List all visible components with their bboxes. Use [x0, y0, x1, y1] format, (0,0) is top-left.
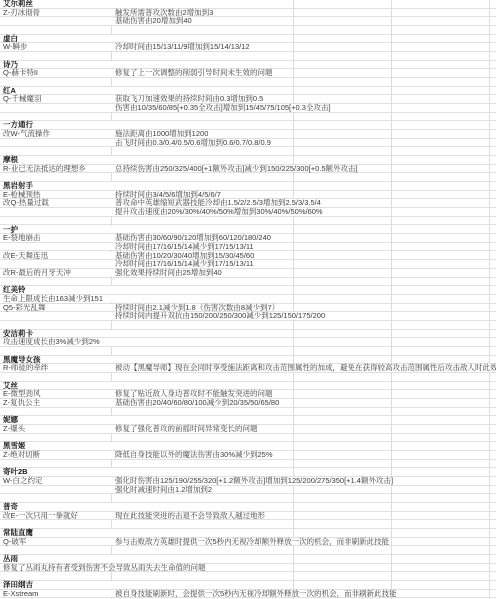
spacer-row — [0, 52, 496, 61]
spacer-row — [0, 147, 496, 156]
change-row: Q-赫卡特II修复了上一次调整的削弱引导时间未生效的问题 — [0, 69, 496, 78]
change-description-cell[interactable]: 修复了上一次调整的削弱引导时间未生效的问题 — [112, 69, 273, 77]
change-row: W-白之约定强化时伤害由125/190/255/320[+1.2额外攻击]增加到… — [0, 477, 496, 486]
hero-name-cell[interactable]: 一护 — [0, 226, 112, 234]
spacer-row — [0, 546, 496, 555]
skill-name-cell[interactable]: 修复了丛雨丸持有者受到伤害不会导致丛雨失去生命值的问题 — [0, 564, 206, 572]
spacer-row — [0, 572, 496, 581]
skill-name-cell[interactable] — [0, 104, 112, 112]
hero-name-cell[interactable]: 寄叶2B — [0, 468, 112, 476]
spacer-row — [0, 408, 496, 417]
change-row: Z-复仇公主基础伤害由20/40/60/80/100减少到20/35/50/65… — [0, 399, 496, 408]
change-description-cell[interactable]: 强化时减速时间由1.2增加到2 — [112, 486, 212, 494]
hero-name-cell[interactable]: 普奇 — [0, 503, 112, 511]
skill-name-cell[interactable] — [0, 17, 112, 25]
change-description-cell[interactable]: 持续时间由2.1减少到1.8（伤害次数由8减少到7） — [112, 304, 279, 312]
change-description-cell[interactable]: 现在此技能突进的击退不会导致敌人越过地形 — [112, 512, 265, 520]
hero-name-cell[interactable]: 黑雪姬 — [0, 442, 112, 450]
patch-notes-rows: 艾尔莉丝Z-刃冰彻骨触发所需普攻次数由2增加到3基础伤害由20增加到40虚白W-… — [0, 0, 496, 598]
hero-name-cell[interactable]: 泽田纲吉 — [0, 581, 112, 589]
spacer-row — [0, 173, 496, 182]
change-description-cell[interactable]: 击飞时间由0.3/0.4/0.5/0.6增加到0.6/0.7/0.8/0.9 — [112, 139, 271, 147]
change-description-cell[interactable]: 强化时伤害由125/190/255/320[+1.2额外攻击]增加到125/20… — [112, 477, 393, 485]
change-description-cell[interactable]: 基础伤害由20/40/60/80/100减少到20/35/50/65/80 — [112, 399, 279, 407]
skill-name-cell[interactable]: Z-绝对切断 — [0, 451, 112, 459]
spacer-row — [0, 494, 496, 503]
skill-name-cell[interactable]: Q5-彩光乱舞 — [0, 304, 112, 312]
hero-name-cell[interactable]: 黑岩射手 — [0, 182, 112, 190]
change-description-cell[interactable]: 参与击败敌方英雄时提供一次5秒内无视冷却额外释放一次的机会，而非刷新此技能 — [112, 538, 389, 546]
change-row: 冷却时间由17/16/15/14减少到17/15/13/11 — [0, 260, 496, 269]
hero-name-cell[interactable]: 摩根 — [0, 156, 112, 164]
skill-name-cell[interactable] — [0, 312, 112, 320]
skill-name-cell[interactable]: 改E-一次只用一拳就好 — [0, 512, 112, 520]
change-description-cell[interactable]: 伤害由10/35/60/85[+0.35全攻击]增加到15/45/75/105[… — [112, 104, 331, 112]
skill-name-cell[interactable]: 生命上限成长由163减少到151 — [0, 295, 112, 303]
change-description-cell[interactable]: 修复了强化普攻的前摇时间异常变长的问题 — [112, 425, 258, 433]
skill-name-cell[interactable]: Z-爆头 — [0, 425, 112, 433]
change-description-cell[interactable]: 降低自身技能以外的魔法伤害由30%减少到25% — [112, 451, 273, 459]
skill-name-cell[interactable]: 改E-天舞连迅 — [0, 252, 112, 260]
skill-name-cell[interactable]: 攻击速度成长由3%减少到2% — [0, 338, 112, 346]
change-row: R-师徒的牵绊被动【黑魔导师】现在会同时享受施法距离和攻击范围属性的加成，避免在… — [0, 364, 496, 373]
change-description-cell[interactable]: 总持续伤害由250/325/400[+1额外攻击]减少到150/225/300[… — [112, 165, 358, 173]
change-description-cell[interactable]: 冷却时间由15/13/11/9增加到15/14/13/12 — [112, 43, 250, 51]
change-row: E-Xstream被自身技能刷新时，会提供一次5秒内无视冷却额外释放一次的机会，… — [0, 590, 496, 599]
spacer-row — [0, 460, 496, 469]
change-row: 攻击速度成长由3%减少到2% — [0, 338, 496, 347]
skill-name-cell[interactable] — [0, 139, 112, 147]
skill-name-cell[interactable]: W-瞬步 — [0, 43, 112, 51]
change-row: Z-绝对切断降低自身技能以外的魔法伤害由30%减少到25% — [0, 451, 496, 460]
change-description-cell[interactable]: 基础伤害由20增加到40 — [112, 17, 192, 25]
spacer-row — [0, 434, 496, 443]
change-description-cell[interactable]: 强化效果持续时间由25增加到40 — [112, 269, 222, 277]
hero-name-cell[interactable]: 常陆直鹰 — [0, 529, 112, 537]
skill-name-cell[interactable]: E-Xstream — [0, 590, 112, 598]
skill-name-cell[interactable]: R-师徒的牵绊 — [0, 364, 112, 372]
skill-name-cell[interactable]: W-白之约定 — [0, 477, 112, 485]
change-row: 修复了丛雨丸持有者受到伤害不会导致丛雨失去生命值的问题 — [0, 564, 496, 573]
skill-name-cell[interactable] — [0, 486, 112, 494]
change-row: 基础伤害由20增加到40 — [0, 17, 496, 26]
change-description-cell[interactable]: 施法距离由1000增加到1200 — [112, 130, 208, 138]
change-row: 击飞时间由0.3/0.4/0.5/0.6增加到0.6/0.7/0.8/0.9 — [0, 139, 496, 148]
skill-name-cell[interactable] — [0, 208, 112, 216]
skill-name-cell[interactable]: 改Q-热量过载 — [0, 199, 112, 207]
skill-name-cell[interactable]: 改W-气流操作 — [0, 130, 112, 138]
spacer-row — [0, 321, 496, 330]
change-description-cell[interactable]: 获取飞刀加速效果的持续时间由0.3增加到0.5 — [112, 95, 263, 103]
skill-name-cell[interactable]: Q-赫卡特II — [0, 69, 112, 77]
change-description-cell[interactable]: 提升攻击速度由20%/30%/40%/50%增加到30%/40%/50%/60% — [112, 208, 323, 216]
skill-name-cell[interactable]: Z-刃冰彻骨 — [0, 9, 112, 17]
skill-name-cell[interactable]: 改R-最后的月牙天冲 — [0, 269, 112, 277]
change-description-cell[interactable]: 基础伤害由30/60/90/120增加到60/120/180/240 — [112, 234, 271, 242]
skill-name-cell[interactable]: E-微型劲风 — [0, 390, 112, 398]
skill-name-cell[interactable]: R-业已无法抵达的理想乡 — [0, 165, 112, 173]
skill-name-cell[interactable] — [0, 260, 112, 268]
hero-name-cell[interactable]: 丛雨 — [0, 555, 112, 563]
change-description-cell[interactable]: 修复了贴近敌人身边普攻时不能触发突进的问题 — [112, 390, 273, 398]
spacer-row — [0, 347, 496, 356]
skill-name-cell[interactable]: Q-千械魔羽 — [0, 95, 112, 103]
hero-section-row: 艾尔莉丝 — [0, 0, 496, 9]
change-row: 改R-最后的月牙天冲强化效果持续时间由25增加到40 — [0, 269, 496, 278]
change-row: Z-刃冰彻骨触发所需普攻次数由2增加到3 — [0, 9, 496, 18]
change-description-cell[interactable]: 基础伤害由10/20/30/40增加到15/30/45/60 — [112, 252, 254, 260]
skill-name-cell[interactable]: Q-破军 — [0, 538, 112, 546]
skill-name-cell[interactable]: Z-复仇公主 — [0, 399, 112, 407]
change-row: Q-破军参与击败敌方英雄时提供一次5秒内无视冷却额外释放一次的机会，而非刷新此技… — [0, 538, 496, 547]
change-row: 强化时减速时间由1.2增加到2 — [0, 486, 496, 495]
skill-name-cell[interactable] — [0, 243, 112, 251]
change-description-cell[interactable]: 普攻命中英雄缩短武器技能冷却由1.5/2/2.5/3增加到2.5/3/3.5/4 — [112, 199, 321, 207]
spacer-row — [0, 78, 496, 87]
spacer-row — [0, 26, 496, 35]
spacer-row — [0, 373, 496, 382]
change-description-cell[interactable]: 冷却时间由17/16/15/14减少到17/15/13/11 — [112, 260, 254, 268]
change-row: Z-爆头修复了强化普攻的前摇时间异常变长的问题 — [0, 425, 496, 434]
change-row: 持续时间内提升双抗由150/200/250/300减少到125/150/175/… — [0, 312, 496, 321]
hero-section-row: 一方通行 — [0, 121, 496, 130]
spacer-row — [0, 113, 496, 122]
change-description-cell[interactable]: 被动【黑魔导师】现在会同时享受施法距离和攻击范围属性的加成，避免在获得较高攻击范… — [112, 364, 496, 372]
skill-name-cell[interactable]: E-裂地崩击 — [0, 234, 112, 242]
patch-notes-sheet: 艾尔莉丝Z-刃冰彻骨触发所需普攻次数由2增加到3基础伤害由20增加到40虚白W-… — [0, 0, 496, 599]
change-description-cell[interactable]: 冷却时间由17/16/15/14减少到17/15/13/11 — [112, 243, 254, 251]
hero-name-cell[interactable]: 艾尔莉丝 — [0, 0, 112, 8]
spacer-row — [0, 217, 496, 226]
change-row: 伤害由10/35/60/85[+0.35全攻击]增加到15/45/75/105[… — [0, 104, 496, 113]
change-row: W-瞬步冷却时间由15/13/11/9增加到15/14/13/12 — [0, 43, 496, 52]
change-row: 提升攻击速度由20%/30%/40%/50%增加到30%/40%/50%/60% — [0, 208, 496, 217]
hero-name-cell[interactable]: 一方通行 — [0, 121, 112, 129]
hero-section-row: 黑岩射手 — [0, 182, 496, 191]
hero-name-cell[interactable]: 红美铃 — [0, 286, 112, 294]
spacer-row — [0, 520, 496, 529]
change-description-cell[interactable]: 被自身技能刷新时，会提供一次5秒内无视冷却额外释放一次的机会，而非刷新此技能 — [112, 590, 397, 598]
change-row: 改E-一次只用一拳就好现在此技能突进的击退不会导致敌人越过地形 — [0, 512, 496, 521]
change-row: R-业已无法抵达的理想乡总持续伤害由250/325/400[+1额外攻击]减少到… — [0, 165, 496, 174]
change-description-cell[interactable]: 持续时间内提升双抗由150/200/250/300减少到125/150/175/… — [112, 312, 325, 320]
hero-name-cell[interactable]: 妮娜 — [0, 416, 112, 424]
spacer-row — [0, 278, 496, 287]
